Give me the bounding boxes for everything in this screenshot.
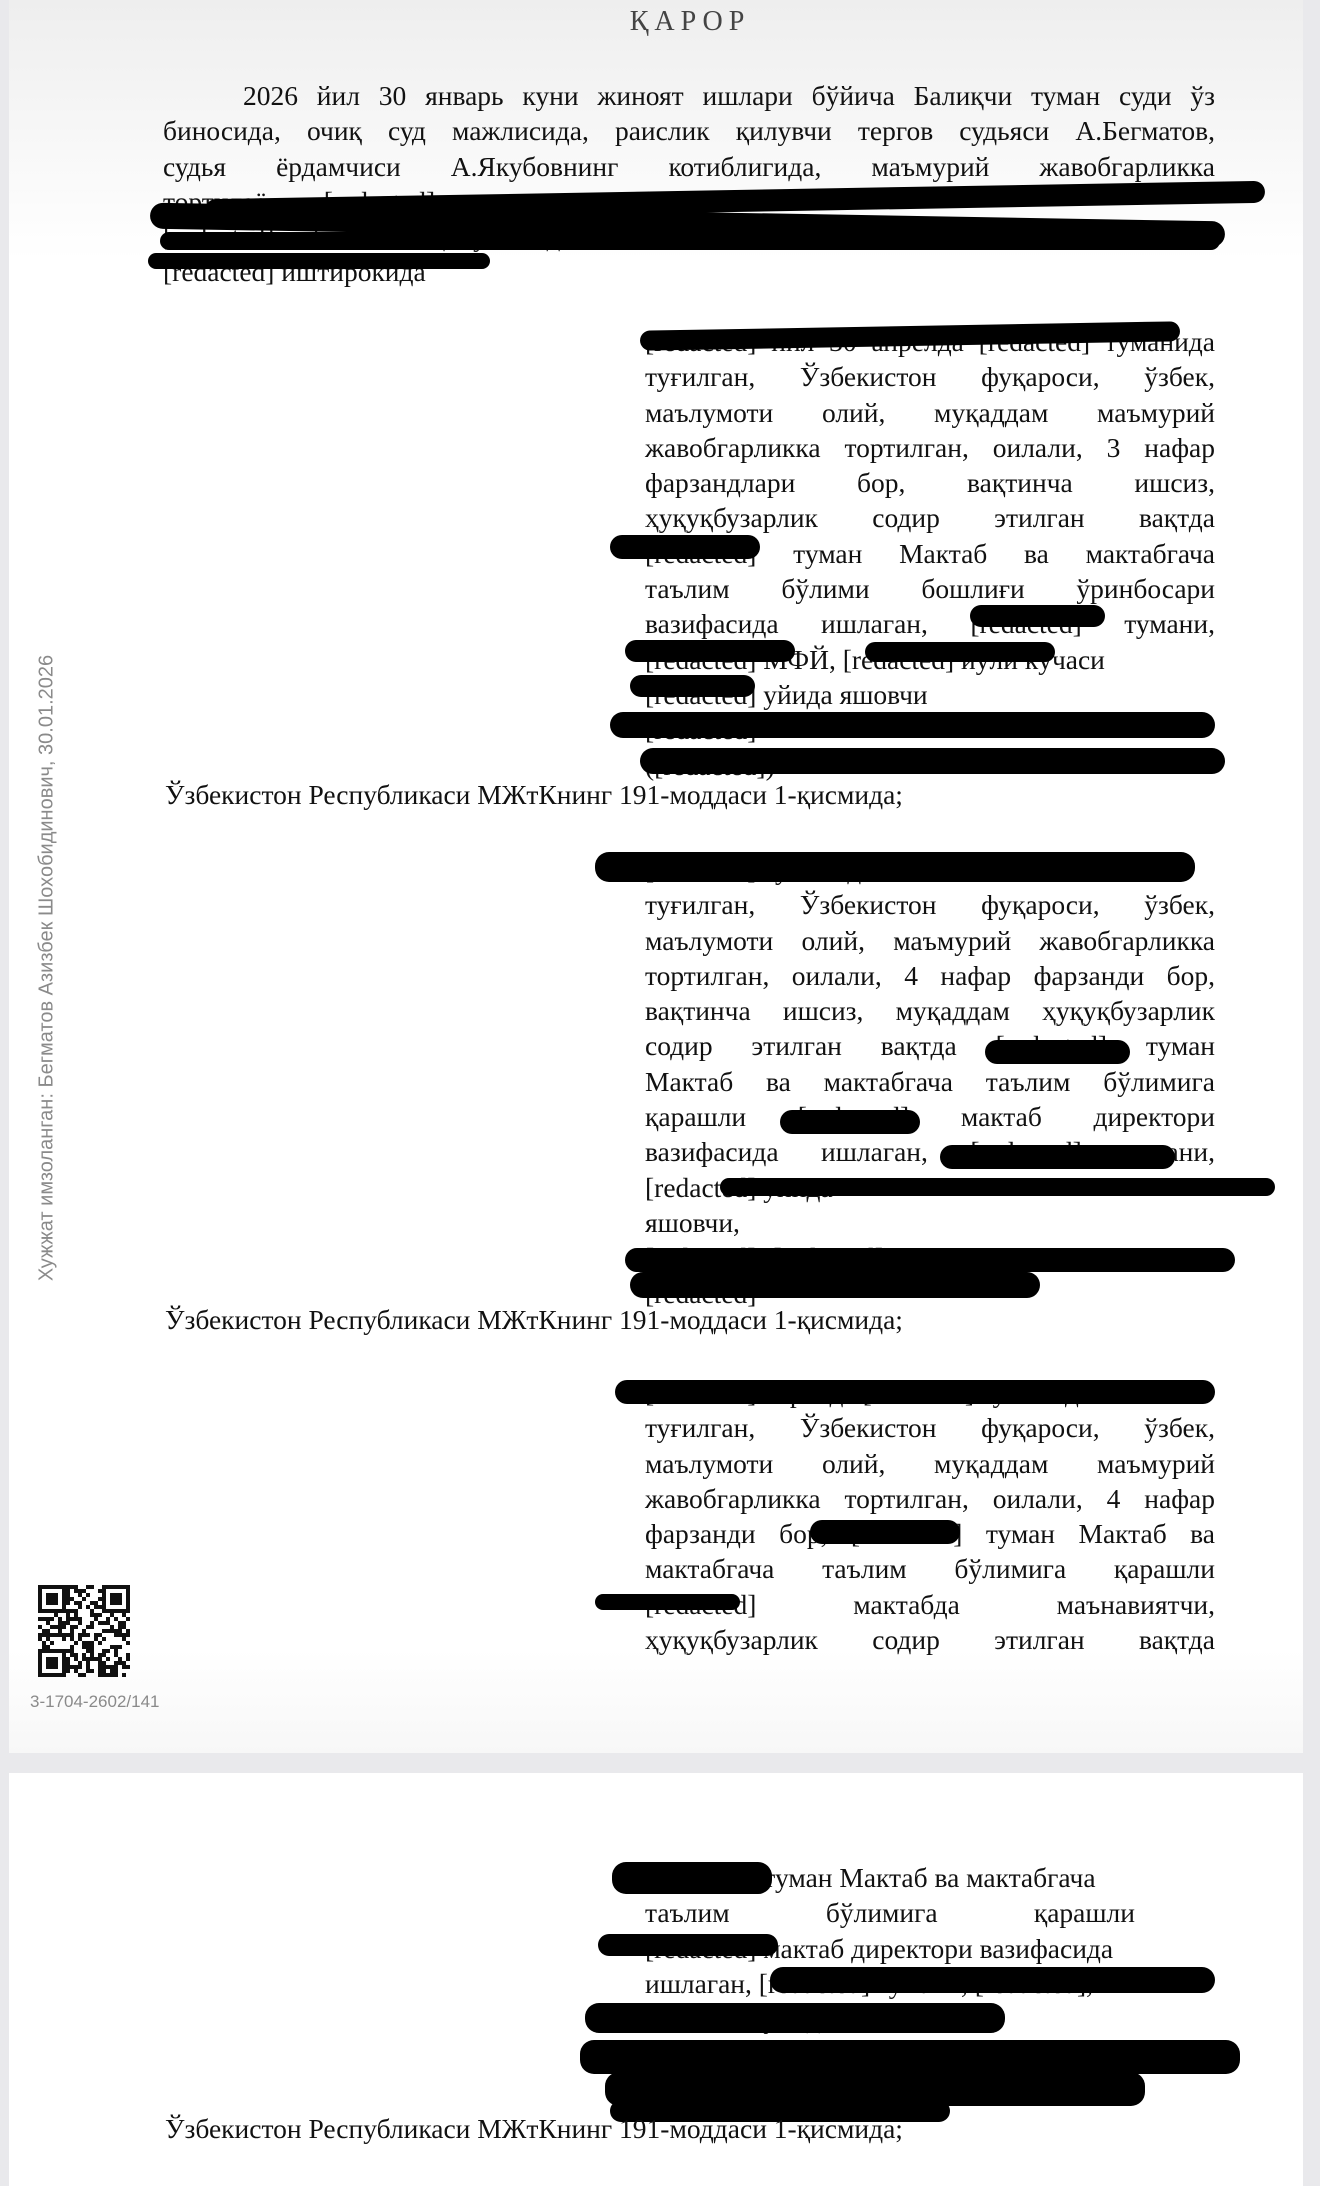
person-line: вақтинча ишсиз, муқаддам ҳуқуқбузарлик	[645, 993, 1215, 1028]
redaction-mark	[610, 712, 1215, 738]
redaction-mark	[630, 675, 755, 697]
person-line: содир этилган вақтда [redacted] туман	[645, 1028, 1215, 1063]
person-line: яшовчи,	[645, 1205, 1215, 1240]
redaction-mark	[610, 535, 760, 559]
redaction-mark	[970, 605, 1105, 627]
person-line: туғилган, Ўзбекистон фуқароси, ўзбек,	[645, 1410, 1215, 1445]
intro-line: биносида, очиқ суд мажлисида, раислик қи…	[163, 113, 1215, 148]
person-block: [redacted] туманида туғилган, Ўзбекистон…	[645, 852, 1215, 1311]
person-line: жавобгарликка тортилган, оилали, 3 нафар	[645, 430, 1215, 465]
redaction-mark	[640, 748, 1225, 774]
redaction-mark	[625, 640, 795, 662]
redaction-mark	[985, 1040, 1130, 1064]
redaction-mark	[625, 1248, 1235, 1272]
redaction-mark	[598, 1934, 778, 1956]
person-line: Мактаб ва мактабгача таълим бўлимига	[645, 1064, 1215, 1099]
redaction-mark	[585, 2003, 1005, 2033]
person-block: [redacted] апрелда [redacted] туманида т…	[645, 1375, 1215, 1657]
redaction-mark	[865, 642, 1055, 662]
person-line: таълим бўлими бошлиғи ўринбосари	[645, 571, 1215, 606]
legal-reference: Ўзбекистон Республикаси МЖтКнинг 191-мод…	[165, 2113, 903, 2145]
person-line: маълумоти олий, маъмурий жавобгарликка	[645, 923, 1215, 958]
redaction-mark	[595, 1594, 740, 1610]
person-line: қарашли [redacted] мактаб директори	[645, 1099, 1215, 1134]
redaction-mark	[148, 253, 490, 269]
person-line: таълим бўлимига қарашли	[645, 1895, 1215, 1930]
person-line: ҳуқуқбузарлик содир этилган вақтда	[645, 1622, 1215, 1657]
person-line: тортилган, оилали, 4 нафар фарзанди бор,	[645, 958, 1215, 993]
redaction-mark	[770, 1967, 1215, 1993]
person-line: фарзандлари бор, вақтинча ишсиз,	[645, 465, 1215, 500]
redaction-mark	[720, 1178, 1275, 1196]
person-line: маълумоти олий, муқаддам маъмурий	[645, 395, 1215, 430]
redaction-mark	[780, 1110, 920, 1134]
person-line: туғилган, Ўзбекистон фуқароси, ўзбек,	[645, 359, 1215, 394]
legal-reference: Ўзбекистон Республикаси МЖтКнинг 191-мод…	[165, 779, 903, 811]
person-line: ҳуқуқбузарлик содир этилган вақтда	[645, 500, 1215, 535]
redaction-mark	[615, 1380, 1215, 1404]
person-line: туғилган, Ўзбекистон фуқароси, ўзбек,	[645, 887, 1215, 922]
person-line: мактабгача таълим бўлимига қарашли	[645, 1551, 1215, 1586]
redaction-mark	[595, 852, 1195, 882]
document-code: 3-1704-2602/141	[30, 1692, 160, 1712]
person-line: вазифасида ишлаган, [redacted] тумани,	[645, 606, 1215, 641]
person-line: маълумоти олий, муқаддам маъмурий	[645, 1446, 1215, 1481]
redaction-mark	[160, 232, 1220, 250]
intro-line: судья ёрдамчиси А.Якубовнинг котиблигида…	[163, 149, 1215, 184]
document-title: ҚАРОР	[0, 6, 1320, 38]
person-line: жавобгарликка тортилган, оилали, 4 нафар	[645, 1481, 1215, 1516]
legal-reference: Ўзбекистон Республикаси МЖтКнинг 191-мод…	[165, 1304, 903, 1336]
redaction-mark	[612, 1862, 772, 1894]
intro-line: 2026 йил 30 январь куни жиноят ишлари бў…	[163, 78, 1215, 113]
redaction-mark	[580, 2040, 1240, 2074]
signature-stamp: Хужжат имзоланган: Бегматов Азизбек Шохо…	[36, 655, 59, 1281]
redaction-mark	[810, 1520, 960, 1544]
redaction-mark	[630, 1272, 1040, 1298]
redaction-mark	[940, 1145, 1175, 1169]
qr-code-icon	[38, 1585, 130, 1677]
